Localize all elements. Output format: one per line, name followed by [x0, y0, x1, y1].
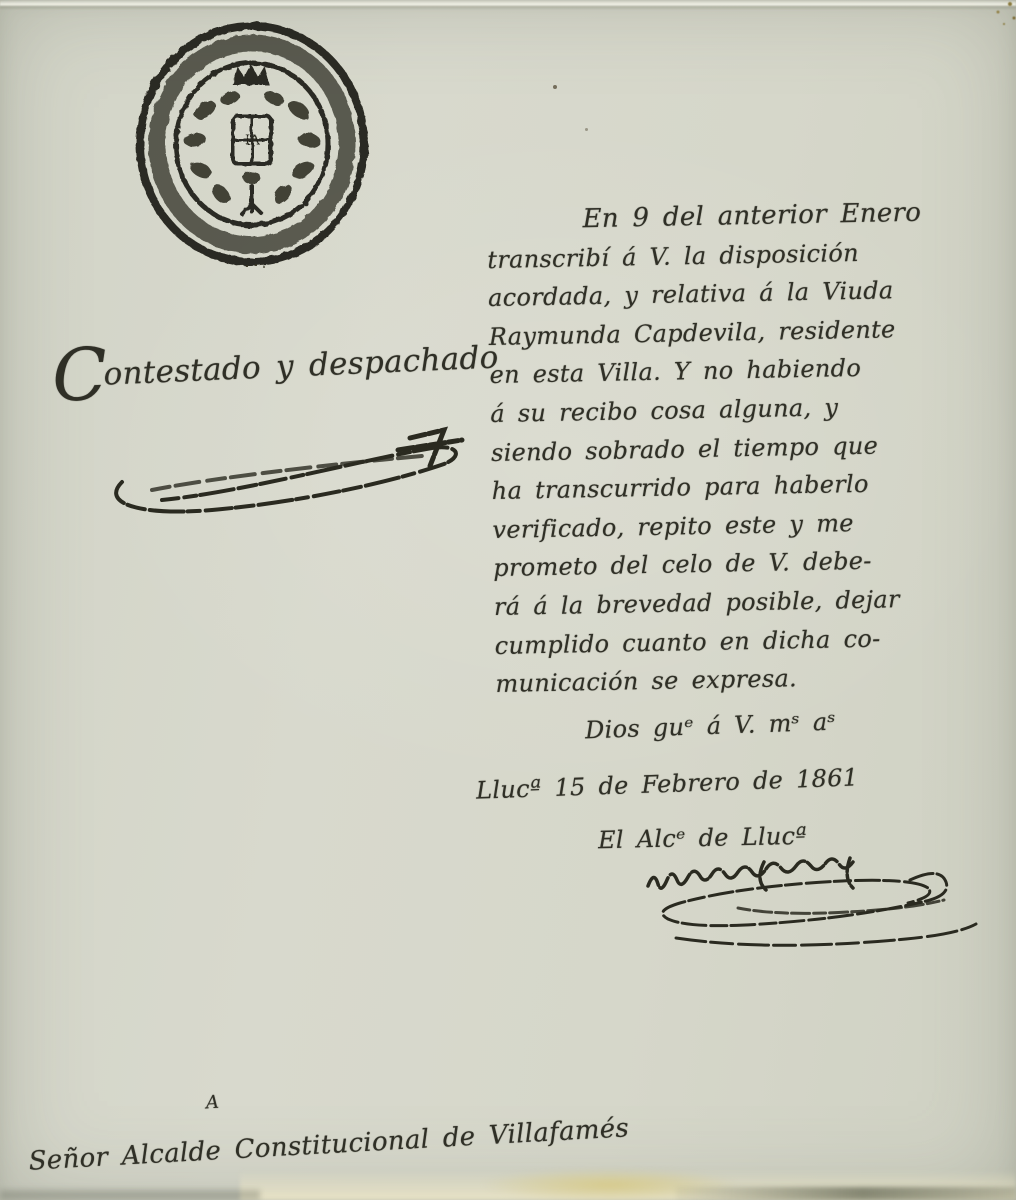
- ink-speck: [585, 128, 588, 131]
- ink-speck: [553, 85, 557, 89]
- fold-crease-faint: [0, 0, 1016, 10]
- letter-body: En 9 del anterior Enero transcribí á V. …: [486, 192, 1016, 704]
- bottom-right-smudge: [676, 1187, 1016, 1200]
- manuscript-letter-page: IA Contestado y despachado En 9 del ante…: [0, 0, 1016, 1200]
- insertion-mark: A: [205, 1092, 219, 1114]
- margin-note-rubric-flourish: [92, 420, 492, 530]
- official-seal-stamp: IA: [131, 18, 373, 270]
- signature-autograph: [618, 850, 1010, 960]
- fold-crease: [0, 0, 1016, 10]
- seal-ink-dots: [243, 262, 269, 270]
- place-date-line: Llucª 15 de Febrero de 1861: [476, 763, 859, 804]
- margin-note-initial: C: [50, 332, 109, 418]
- bottom-left-smudge: [0, 1190, 260, 1200]
- valediction-line: Dios guᵉ á V. mˢ aˢ: [585, 708, 837, 745]
- margin-note: Contestado y despachado: [51, 337, 552, 395]
- seal-center-letters: IA: [245, 133, 260, 148]
- address-line: Señor Alcalde Constitucional de Villafam…: [28, 1093, 988, 1177]
- margin-note-text: ontestado y despachado: [103, 339, 500, 392]
- corner-specks: [984, 0, 1016, 30]
